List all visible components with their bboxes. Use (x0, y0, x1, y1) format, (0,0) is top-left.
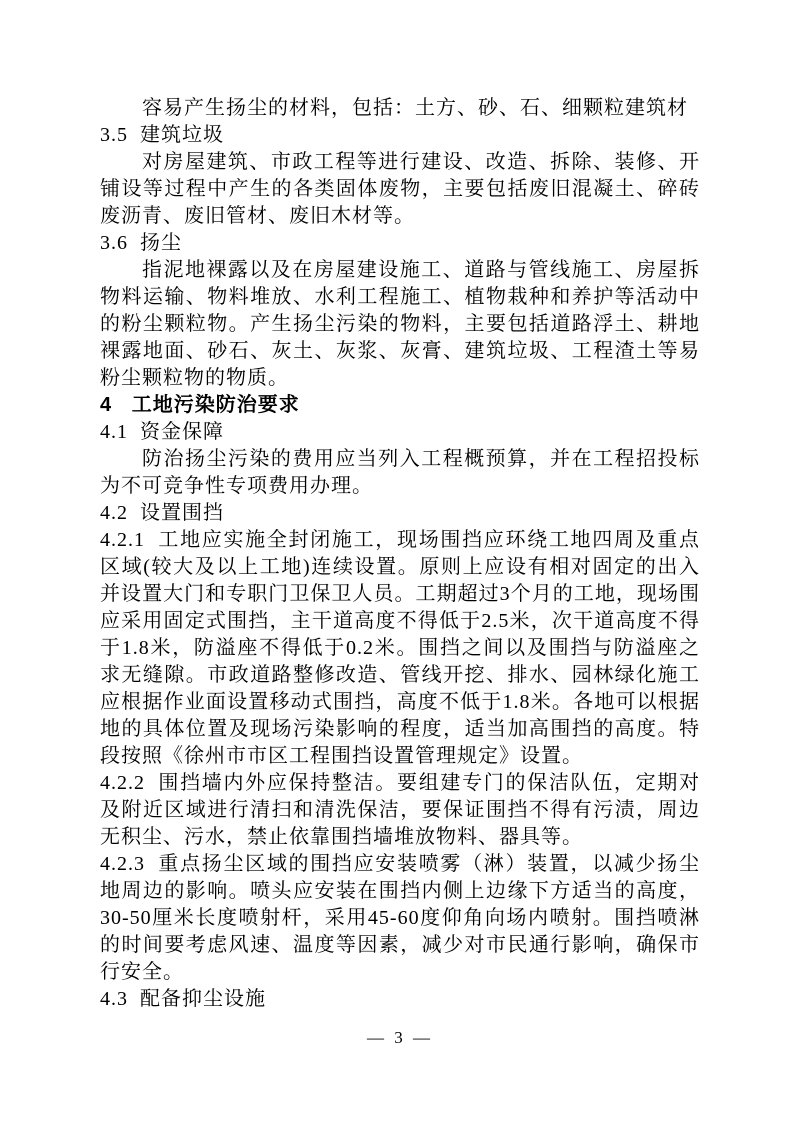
clause-4-2-3-line: 4.2.3 重点扬尘区域的围挡应安装喷雾（淋）装置，以减少扬尘对工 (100, 851, 700, 878)
section-4-1-paragraph-line: 防治扬尘污染的费用应当列入工程概预算，并在工程招投标时作 (100, 446, 700, 473)
section-heading-3-5: 3.5 建筑垃圾 (100, 122, 700, 149)
page-body: 容易产生扬尘的材料，包括：土方、砂、石、细颗粒建筑材料等。 3.5 建筑垃圾 对… (100, 95, 700, 1013)
section-3-5-paragraph-line: 废沥青、废旧管材、废旧木材等。 (100, 203, 700, 230)
clause-4-2-1-line: 应采用固定式围挡，主干道高度不得低于2.5米，次干道高度不得低 (100, 608, 700, 635)
paragraph-continued-line: 容易产生扬尘的材料，包括：土方、砂、石、细颗粒建筑材料等。 (100, 95, 700, 122)
chapter-heading-4: 4 工地污染防治要求 (100, 392, 700, 419)
section-heading-4-2: 4.2 设置围挡 (100, 500, 700, 527)
section-3-6-paragraph-line: 裸露地面、砂石、灰土、灰浆、灰膏、建筑垃圾、工程渣土等易产生 (100, 338, 700, 365)
clause-4-2-1-line: 应根据作业面设置移动式围挡，高度不低于1.8米。各地可以根据工 (100, 689, 700, 716)
section-3-5-paragraph-line: 铺设等过程中产生的各类固体废物，主要包括废旧混凝土、碎砖瓦、 (100, 176, 700, 203)
clause-4-2-3-line: 行安全。 (100, 959, 700, 986)
clause-4-2-1-line: 并设置大门和专职门卫保卫人员。工期超过3个月的工地，现场围挡 (100, 581, 700, 608)
section-3-6-paragraph-line: 粉尘颗粒物的物质。 (100, 365, 700, 392)
clause-4-2-1-line: 地的具体位置及现场污染影响的程度，适当加高围挡的高度。特殊路 (100, 716, 700, 743)
section-3-6-paragraph-line: 指泥地裸露以及在房屋建设施工、道路与管线施工、房屋拆除、 (100, 257, 700, 284)
clause-4-2-2-line: 4.2.2 围挡墙内外应保持整洁。要组建专门的保洁队伍，定期对围挡 (100, 770, 700, 797)
section-3-6-paragraph-line: 的粉尘颗粒物。产生扬尘污染的物料，主要包括道路浮土、耕地土壤、 (100, 311, 700, 338)
section-heading-4-1: 4.1 资金保障 (100, 419, 700, 446)
clause-4-2-1-line: 于1.8米，防溢座不得低于0.2米。围挡之间以及围挡与防溢座之间要 (100, 635, 700, 662)
clause-4-2-3-line: 30-50厘米长度喷射杆，采用45-60度仰角向场内喷射。围挡喷淋开启 (100, 905, 700, 932)
section-heading-4-3: 4.3 配备抑尘设施 (100, 986, 700, 1013)
clause-4-2-1-line: 求无缝隙。市政道路整修改造、管线开挖、排水、园林绿化施工现场 (100, 662, 700, 689)
section-heading-3-6: 3.6 扬尘 (100, 230, 700, 257)
clause-4-2-3-line: 地周边的影响。喷头应安装在围挡内侧上边缘下方适当的高度，加装 (100, 878, 700, 905)
page-footer: — 3 — (100, 1028, 700, 1048)
clause-4-2-2-line: 及附近区域进行清扫和清洗保洁，要保证围挡不得有污渍，周边区域 (100, 797, 700, 824)
clause-4-2-2-line: 无积尘、污水，禁止依靠围挡墙堆放物料、器具等。 (100, 824, 700, 851)
clause-4-2-3-line: 的时间要考虑风速、温度等因素，减少对市民通行影响，确保市民通 (100, 932, 700, 959)
section-3-5-paragraph-line: 对房屋建筑、市政工程等进行建设、改造、拆除、装修、开挖、 (100, 149, 700, 176)
clause-4-2-1-line: 4.2.1 工地应实施全封闭施工，现场围挡应环绕工地四周及重点扬尘 (100, 527, 700, 554)
clause-4-2-1-line: 段按照《徐州市市区工程围挡设置管理规定》设置。 (100, 743, 700, 770)
page-number: — 3 — (367, 1028, 433, 1047)
section-4-1-paragraph-line: 为不可竞争性专项费用办理。 (100, 473, 700, 500)
clause-4-2-1-line: 区域(较大及以上工地)连续设置。原则上应设有相对固定的出入口， (100, 554, 700, 581)
document-page: 容易产生扬尘的材料，包括：土方、砂、石、细颗粒建筑材料等。 3.5 建筑垃圾 对… (0, 0, 794, 1123)
section-3-6-paragraph-line: 物料运输、物料堆放、水利工程施工、植物栽种和养护等活动中产生 (100, 284, 700, 311)
